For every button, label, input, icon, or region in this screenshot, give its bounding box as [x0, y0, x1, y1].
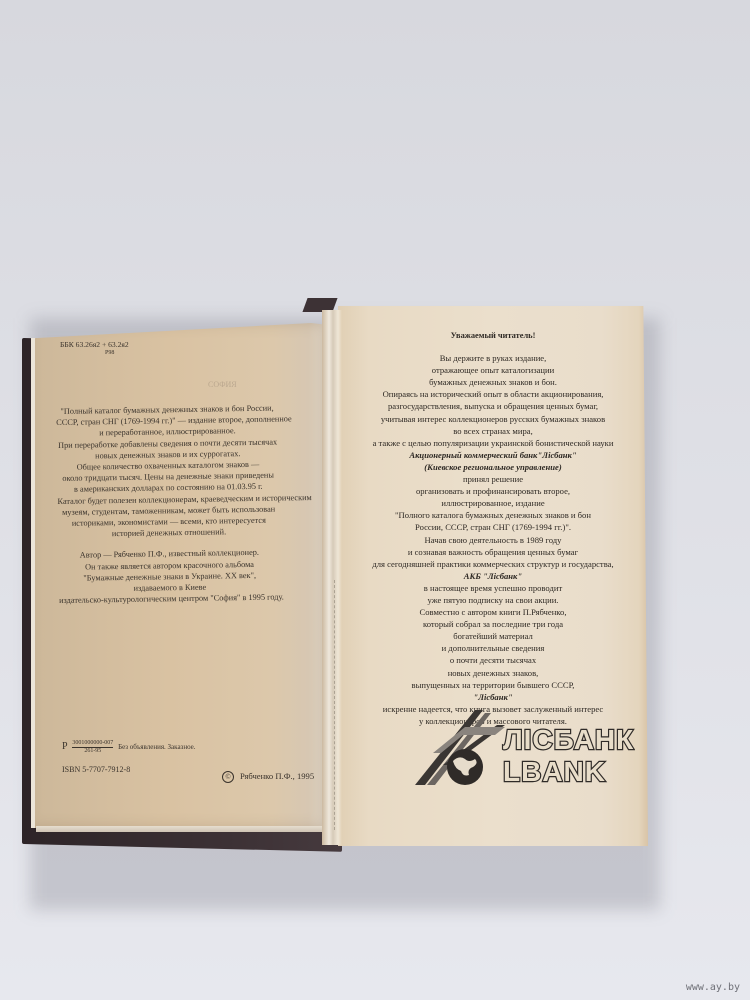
preface-line: для сегодняшней практики коммерческих ст…	[345, 558, 641, 570]
book-gutter	[322, 310, 342, 845]
copyright-icon: ©	[222, 771, 234, 783]
preface-line: разгосударствления, выпуска и обращения …	[345, 400, 641, 412]
copyright-text: Рябченко П.Ф., 1995	[240, 771, 314, 781]
preface-line: России, СССР, стран СНГ (1769-1994 гг.)"…	[345, 521, 641, 533]
isbn: ISBN 5-7707-7912-8	[62, 765, 130, 774]
preface: Уважаемый читатель! Вы держите в руках и…	[345, 330, 641, 727]
preface-line: Акционерный коммерческий банк"Лісбанк"	[345, 449, 641, 461]
publication-note: Без объявления. Заказное.	[118, 743, 195, 751]
preface-line: который собрал за последние три года	[345, 618, 641, 630]
preface-line: (Киевское региональное управление)	[345, 461, 641, 473]
preface-line: "Полного каталога бумажных денежных знак…	[345, 509, 641, 521]
logo-text-cyrillic: ЛІСБАНК	[503, 724, 634, 755]
show-through-text: СОФИЯ	[208, 380, 237, 389]
preface-line: АКБ "Лісбанк"	[345, 570, 641, 582]
bbk-author-mark: Р98	[105, 350, 114, 356]
preface-line: "Лісбанк"	[345, 691, 641, 703]
publication-code: Р 3001000000-007 261-95 Без объявления. …	[62, 740, 196, 755]
preface-line: учитывая интерес коллекционеров русских …	[345, 413, 641, 425]
preface-title: Уважаемый читатель!	[345, 330, 641, 342]
preface-line: Совместно с автором книги П.Рябченко,	[345, 606, 641, 618]
preface-line: в настоящее время успешно проводит	[345, 582, 641, 594]
annotation-author: Автор — Рябченко П.Ф., известный коллекц…	[58, 547, 281, 606]
preface-line: а также с целью популяризации украинской…	[345, 437, 641, 449]
code-bottom: 261-95	[84, 748, 101, 754]
logo-text-latin: LBANK	[503, 756, 606, 787]
photo-scene: ББК 63.26я2 + 63.2я2 Р98 СОФИЯ "Полный к…	[0, 0, 750, 1000]
preface-line: и дополнительные сведения	[345, 642, 641, 654]
preface-line: бумажных денежных знаков и бон.	[345, 376, 641, 388]
preface-line: Вы держите в руках издание,	[345, 352, 641, 364]
annotation-description: "Полный каталог бумажных денежных знаков…	[56, 403, 280, 541]
code-top: 3001000000-007	[72, 740, 113, 748]
preface-line: во всех странах мира,	[345, 425, 641, 437]
preface-line: организовать и профинансировать второе,	[345, 485, 641, 497]
binding-stitch	[334, 580, 336, 830]
preface-body: Вы держите в руках издание,отражающее оп…	[345, 352, 641, 727]
imprint-annotation: "Полный каталог бумажных денежных знаков…	[56, 403, 281, 607]
preface-line: иллюстрированное, издание	[345, 497, 641, 509]
preface-line: богатейший материал	[345, 630, 641, 642]
preface-line: и сознавая важность обращения ценных бум…	[345, 546, 641, 558]
site-watermark: www.ay.by	[686, 982, 740, 993]
copyright-line: ©Рябченко П.Ф., 1995	[222, 771, 314, 783]
globe-icon	[447, 749, 483, 785]
lisbank-logo: ЛІСБАНК LBANK	[405, 705, 635, 790]
preface-line: о почти десяти тысячах	[345, 654, 641, 666]
publication-prefix: Р	[62, 741, 68, 752]
preface-line: новых денежных знаков,	[345, 667, 641, 679]
left-page-bottom-edge	[36, 826, 332, 832]
preface-line: Начав свою деятельность в 1989 году	[345, 534, 641, 546]
preface-line: принял решение	[345, 473, 641, 485]
publication-fraction: 3001000000-007 261-95	[72, 740, 113, 755]
preface-line: отражающее опыт каталогизации	[345, 364, 641, 376]
preface-line: выпущенных на территории бывшего СССР,	[345, 679, 641, 691]
preface-line: Опираясь на исторический опыт в области …	[345, 388, 641, 400]
preface-line: уже пятую подписку на свои акции.	[345, 594, 641, 606]
bbk-classification: ББК 63.26я2 + 63.2я2	[60, 340, 129, 349]
